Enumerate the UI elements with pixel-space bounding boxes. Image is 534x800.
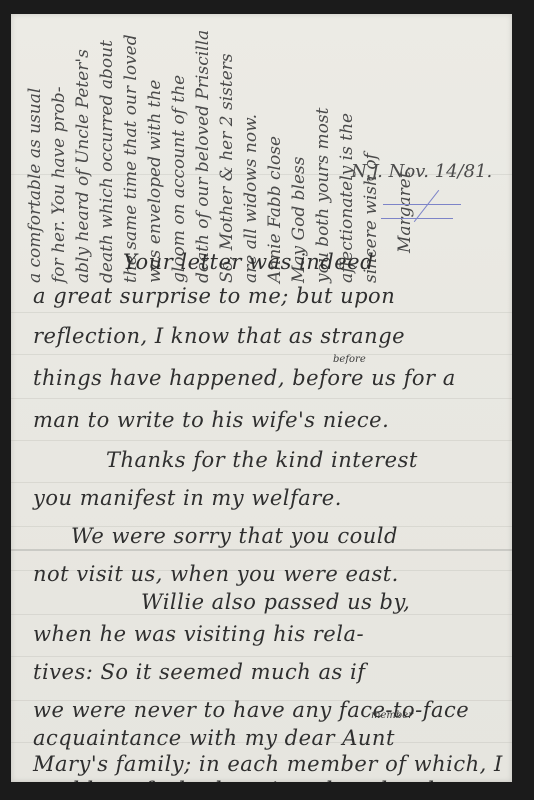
ruled-line	[11, 398, 512, 399]
letter-date: N.J. Nov. 14/81.	[351, 161, 492, 182]
body-line: tives: So it seemed much as if	[11, 660, 512, 684]
cross-line: death of our beloved Priscilla	[193, 30, 213, 283]
body-line: acquaintance with my dear Aunt	[11, 726, 512, 750]
cross-line: ably heard of Uncle Peter's	[73, 49, 93, 283]
body-line: reflection, I know that as strange	[11, 324, 512, 348]
insertion-member: member	[371, 710, 413, 721]
insertion-before: before	[333, 354, 366, 365]
body-line: could not feel otherwise, than deeply	[11, 778, 512, 782]
body-line: we were never to have any face-to-face	[11, 698, 512, 722]
cross-line: the same time that our loved	[121, 34, 141, 283]
ruled-line	[11, 312, 512, 313]
body-line: We were sorry that you could	[11, 524, 512, 548]
cross-line: So, Mother & her 2 sisters	[217, 53, 237, 283]
body-line: man to write to his wife's niece.	[11, 408, 512, 432]
body-line: Mary's family; in each member of which, …	[11, 752, 512, 776]
cross-written-text: a comfortable as usual for her. You have…	[23, 28, 493, 283]
ruled-line	[11, 656, 512, 657]
body-line: when he was visiting his rela-	[11, 622, 512, 646]
body-line: you manifest in my welfare.	[11, 486, 512, 510]
cross-line: death which occurred about	[97, 40, 117, 283]
body-line: Thanks for the kind interest	[11, 448, 512, 472]
letter-page: a comfortable as usual for her. You have…	[11, 14, 512, 782]
body-line: not visit us, when you were east.	[11, 562, 512, 586]
ruled-line	[11, 614, 512, 615]
blue-pencil-mark	[383, 204, 461, 205]
body-line: Willie also passed us by,	[11, 590, 512, 614]
body-line: a great surprise to me; but upon	[11, 284, 512, 308]
body-line: things have happened, before us for a	[11, 366, 512, 390]
ruled-line	[11, 354, 512, 355]
ruled-line	[11, 440, 512, 441]
ruled-line	[11, 482, 512, 483]
body-line: Your letter was indeed	[11, 250, 512, 274]
